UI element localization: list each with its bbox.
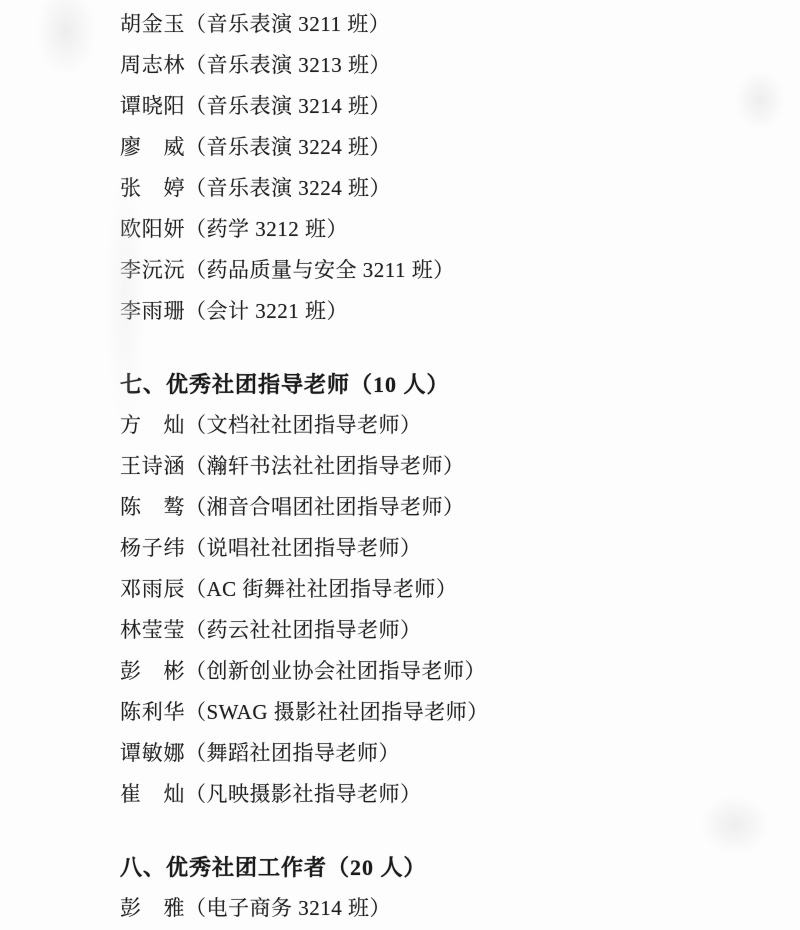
award-list-item: 周志林（音乐表演 3213 班） xyxy=(120,45,760,86)
awardee-name: 林莹莹 xyxy=(120,610,185,651)
award-list-item: 王诗涵（瀚轩书法社社团指导老师） xyxy=(120,446,760,487)
awardee-detail: （药学 3212 班） xyxy=(185,217,348,241)
awardee-name: 廖 威 xyxy=(120,127,185,168)
award-list-item: 彭 雅（电子商务 3214 班） xyxy=(120,888,760,929)
awardee-detail: （电子商务 3214 班） xyxy=(185,896,391,920)
document-page: 胡金玉（音乐表演 3211 班） 周志林（音乐表演 3213 班） 谭晓阳（音乐… xyxy=(0,0,800,930)
awardee-detail: （音乐表演 3224 班） xyxy=(185,135,391,159)
awardee-name: 张 婷 xyxy=(120,168,185,209)
awardee-name: 欧阳妍 xyxy=(120,209,185,250)
award-list-item: 廖 威（音乐表演 3224 班） xyxy=(120,127,760,168)
award-list-item: 崔 灿（凡映摄影社指导老师） xyxy=(120,774,760,815)
awardee-detail: （瀚轩书法社社团指导老师） xyxy=(185,454,465,478)
awardee-name: 方 灿 xyxy=(120,405,185,446)
award-list-item: 方 灿（文档社社团指导老师） xyxy=(120,405,760,446)
awardee-detail: （会计 3221 班） xyxy=(185,299,348,323)
awardee-name: 陈利华 xyxy=(120,692,185,733)
awardee-detail: （创新创业协会社团指导老师） xyxy=(185,659,486,683)
awardee-name: 陈 骜 xyxy=(120,487,185,528)
award-list-item: 张 婷（音乐表演 3224 班） xyxy=(120,168,760,209)
award-list-item: 邓雨辰（AC 街舞社社团指导老师） xyxy=(120,569,760,610)
award-list-item: 谭敏娜（舞蹈社团指导老师） xyxy=(120,733,760,774)
awardee-detail: （音乐表演 3211 班） xyxy=(185,12,390,36)
awardee-detail: （说唱社社团指导老师） xyxy=(185,536,422,560)
awardee-detail: （音乐表演 3224 班） xyxy=(185,176,391,200)
awardee-detail: （音乐表演 3213 班） xyxy=(185,53,391,77)
awardee-name: 胡金玉 xyxy=(120,4,185,45)
awardee-name: 王诗涵 xyxy=(120,446,185,487)
award-list-item: 彭 彬（创新创业协会社团指导老师） xyxy=(120,651,760,692)
awardee-name: 李雨珊 xyxy=(120,291,185,332)
awardee-detail: （舞蹈社团指导老师） xyxy=(185,741,400,765)
awardee-name: 崔 灿 xyxy=(120,774,185,815)
awardee-detail: （SWAG 摄影社社团指导老师） xyxy=(185,700,489,724)
award-list-item: 杨子纬（说唱社社团指导老师） xyxy=(120,528,760,569)
awardee-name: 杨子纬 xyxy=(120,528,185,569)
awardee-name: 彭 彬 xyxy=(120,651,185,692)
scan-artifact xyxy=(36,0,96,76)
section-heading-8: 八、优秀社团工作者（20 人） xyxy=(120,847,760,888)
section-8-list: 彭 雅（电子商务 3214 班） xyxy=(120,888,760,929)
award-list-item: 林莹莹（药云社社团指导老师） xyxy=(120,610,760,651)
award-list-item: 李沅沅（药品质量与安全 3211 班） xyxy=(120,250,760,291)
award-list-item: 欧阳妍（药学 3212 班） xyxy=(120,209,760,250)
awardee-name: 李沅沅 xyxy=(120,250,185,291)
section-heading-7: 七、优秀社团指导老师（10 人） xyxy=(120,364,760,405)
award-list-item: 胡金玉（音乐表演 3211 班） xyxy=(120,4,760,45)
awardee-detail: （AC 街舞社社团指导老师） xyxy=(185,577,457,601)
awards-list-continued: 胡金玉（音乐表演 3211 班） 周志林（音乐表演 3213 班） 谭晓阳（音乐… xyxy=(120,4,760,332)
awardee-name: 彭 雅 xyxy=(120,888,185,929)
awardee-detail: （音乐表演 3214 班） xyxy=(185,94,391,118)
section-7-list: 方 灿（文档社社团指导老师） 王诗涵（瀚轩书法社社团指导老师） 陈 骜（湘音合唱… xyxy=(120,405,760,815)
awardee-detail: （凡映摄影社指导老师） xyxy=(185,782,422,806)
awardee-detail: （湘音合唱团社团指导老师） xyxy=(185,495,465,519)
award-list-item: 李雨珊（会计 3221 班） xyxy=(120,291,760,332)
award-list-item: 陈 骜（湘音合唱团社团指导老师） xyxy=(120,487,760,528)
awardee-detail: （药云社社团指导老师） xyxy=(185,618,422,642)
awardee-name: 谭晓阳 xyxy=(120,86,185,127)
awardee-detail: （文档社社团指导老师） xyxy=(185,413,422,437)
awardee-name: 周志林 xyxy=(120,45,185,86)
awardee-name: 谭敏娜 xyxy=(120,733,185,774)
award-list-item: 谭晓阳（音乐表演 3214 班） xyxy=(120,86,760,127)
award-list-item: 陈利华（SWAG 摄影社社团指导老师） xyxy=(120,692,760,733)
awardee-name: 邓雨辰 xyxy=(120,569,185,610)
awardee-detail: （药品质量与安全 3211 班） xyxy=(185,258,455,282)
